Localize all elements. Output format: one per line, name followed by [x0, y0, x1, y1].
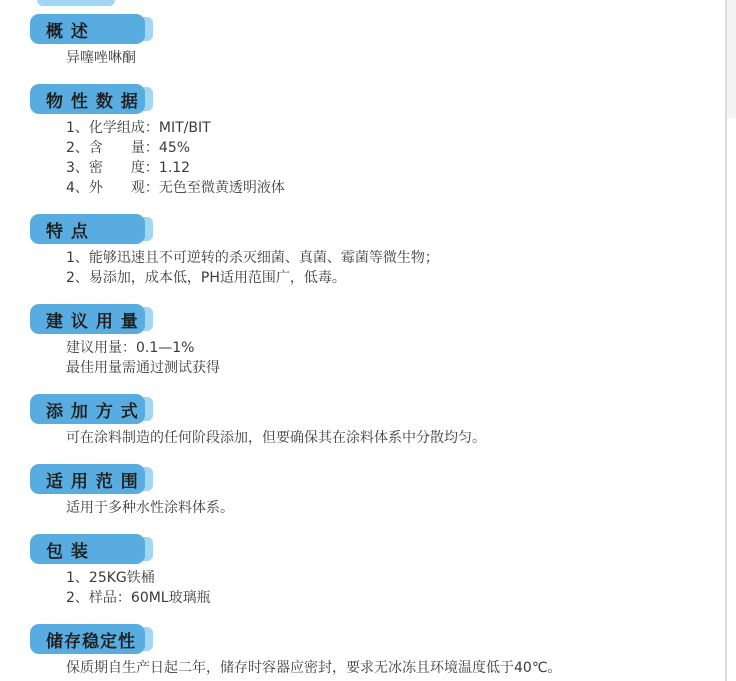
- section-physical-properties: 物 性 数 据 1、化学组成：MIT/BIT 2、含 量：45% 3、密 度：1…: [0, 85, 736, 198]
- dosage-line: 最佳用量需通过测试获得: [0, 358, 736, 378]
- section-title: 适 用 范 围: [46, 467, 139, 492]
- section-application-scope: 适 用 范 围 适用于多种水性涂料体系。: [0, 465, 736, 518]
- section-title: 概 述: [46, 17, 89, 42]
- property-item: 1、化学组成：MIT/BIT: [0, 118, 736, 138]
- section-title: 储存稳定性: [46, 627, 136, 652]
- section-overview: 概 述 异噻唑啉酮: [0, 15, 736, 68]
- section-header-overview: 概 述: [33, 15, 155, 43]
- section-features: 特 点 1、能够迅速且不可逆转的杀灭细菌、真菌、霉菌等微生物； 2、易添加，成本…: [0, 215, 736, 288]
- section-title: 物 性 数 据: [46, 87, 139, 112]
- section-header-recommended-dosage: 建 议 用 量: [33, 305, 155, 333]
- section-title: 特 点: [46, 217, 89, 242]
- property-item: 4、外 观：无色至微黄透明液体: [0, 178, 736, 198]
- property-item: 3、密 度：1.12: [0, 158, 736, 178]
- section-header-features: 特 点: [33, 215, 155, 243]
- addition-method-text: 可在涂料制造的任何阶段添加，但要确保其在涂料体系中分散均匀。: [0, 428, 736, 448]
- feature-item: 2、易添加，成本低，PH适用范围广，低毒。: [0, 268, 736, 288]
- packaging-item: 1、25KG铁桶: [0, 568, 736, 588]
- storage-stability-text: 保质期自生产日起二年，储存时容器应密封，要求无冰冻且环境温度低于40℃。: [0, 658, 736, 678]
- dosage-line: 建议用量：0.1—1%: [0, 338, 736, 358]
- section-header-application-scope: 适 用 范 围: [33, 465, 155, 493]
- application-scope-text: 适用于多种水性涂料体系。: [0, 498, 736, 518]
- section-header-packaging: 包 装: [33, 535, 155, 563]
- section-addition-method: 添 加 方 式 可在涂料制造的任何阶段添加，但要确保其在涂料体系中分散均匀。: [0, 395, 736, 448]
- section-packaging: 包 装 1、25KG铁桶 2、样品：60ML玻璃瓶: [0, 535, 736, 608]
- packaging-item: 2、样品：60ML玻璃瓶: [0, 588, 736, 608]
- section-recommended-dosage: 建 议 用 量 建议用量：0.1—1% 最佳用量需通过测试获得: [0, 305, 736, 378]
- property-item: 2、含 量：45%: [0, 138, 736, 158]
- section-title: 包 装: [46, 537, 89, 562]
- feature-item: 1、能够迅速且不可逆转的杀灭细菌、真菌、霉菌等微生物；: [0, 248, 736, 268]
- section-header-storage-stability: 储存稳定性: [33, 625, 155, 653]
- section-storage-stability: 储存稳定性 保质期自生产日起二年，储存时容器应密封，要求无冰冻且环境温度低于40…: [0, 625, 736, 678]
- section-title: 添 加 方 式: [46, 397, 139, 422]
- section-header-physical-properties: 物 性 数 据: [33, 85, 155, 113]
- section-title: 建 议 用 量: [46, 307, 139, 332]
- section-header-addition-method: 添 加 方 式: [33, 395, 155, 423]
- product-spec-document: 概 述 异噻唑啉酮 物 性 数 据 1、化学组成：MIT/BIT 2、含 量：4…: [0, 0, 736, 678]
- overview-text: 异噻唑啉酮: [0, 48, 736, 68]
